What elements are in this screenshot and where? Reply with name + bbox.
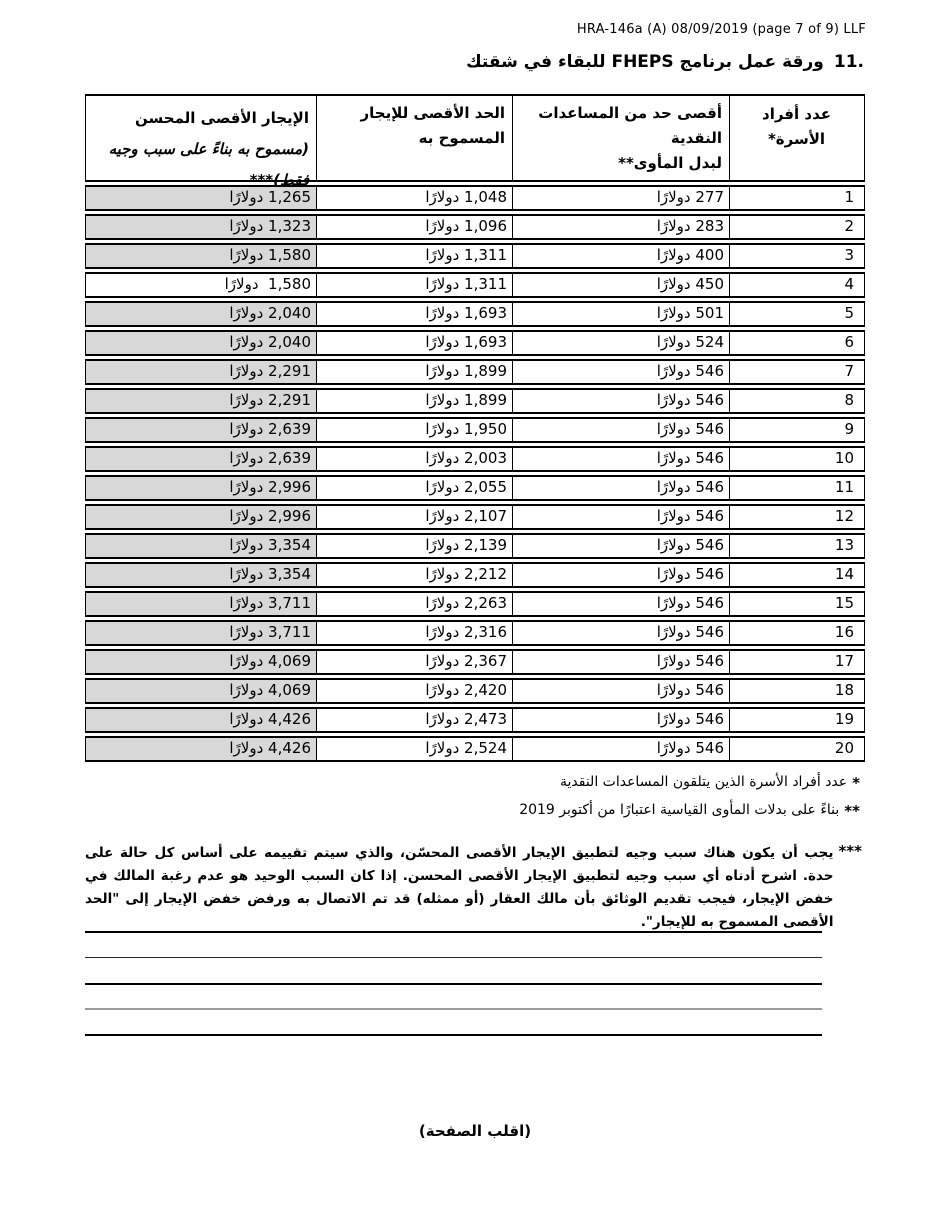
table-body: 1,265 دولارًا 1,048 دولارًا 277 دولارًا … [85,185,865,762]
cell-enhanced-max-rent: 2,639 دولارًا [86,419,316,441]
footnote-text-three: يجب أن يكون هناك سبب وجيه لتطبيق الإيجار… [85,842,833,934]
cell-max-allowed-rent: 2,003 دولارًا [316,448,512,470]
section-title-text: ورقة عمل برنامج FHEPS للبقاء في شقتك [466,52,824,72]
cell-family-size: 1 [729,187,863,209]
cell-family-size: 7 [729,361,863,383]
header-max-rent-line2: المسموح به [321,126,505,151]
cell-max-allowed-rent: 2,524 دولارًا [316,738,512,760]
footnote-text-two: بناءً على بدلات المأوى القياسية اعتبارًا… [519,802,839,820]
cell-cash-assistance: 546 دولارًا [512,361,729,383]
table-row: 3,711 دولارًا 2,263 دولارًا 546 دولارًا … [85,591,865,617]
table-row: 1,323 دولارًا 1,096 دولارًا 283 دولارًا … [85,214,865,240]
cell-enhanced-max-rent: 4,069 دولارًا [86,680,316,702]
cell-max-allowed-rent: 2,107 دولارًا [316,506,512,528]
cell-cash-assistance: 450 دولارًا [512,274,729,296]
cell-family-size: 6 [729,332,863,354]
cell-cash-assistance: 546 دولارًا [512,709,729,731]
table-row: 4,069 دولارًا 2,367 دولارًا 546 دولارًا … [85,649,865,675]
header-enhanced-max-rent: الإيجار الأقصى المحسن (مسموح به بناءً عل… [86,96,316,180]
answer-line[interactable] [85,1034,822,1036]
table-row: 2,291 دولارًا 1,899 دولارًا 546 دولارًا … [85,388,865,414]
cell-enhanced-max-rent: 2,040 دولارًا [86,303,316,325]
cell-enhanced-max-rent: 1,580 دولارًا [86,245,316,267]
cell-cash-assistance: 546 دولارًا [512,564,729,586]
cell-family-size: 13 [729,535,863,557]
cell-cash-assistance: 546 دولارًا [512,390,729,412]
header-cash-assistance: أقصى حد من المساعدات النقدية لبدل المأوى… [512,96,729,180]
cell-family-size: 5 [729,303,863,325]
answer-line[interactable] [85,1008,822,1010]
cell-cash-assistance: 546 دولارًا [512,680,729,702]
table-row: 2,639 دولارًا 2,003 دولارًا 546 دولارًا … [85,446,865,472]
cell-max-allowed-rent: 2,055 دولارًا [316,477,512,499]
cell-family-size: 17 [729,651,863,673]
footnote-text-one: عدد أفراد الأسرة الذين يتلقون المساعدات … [560,774,847,792]
cell-family-size: 15 [729,593,863,615]
cell-enhanced-max-rent: 2,040 دولارًا [86,332,316,354]
header-cash-line2: لبدل المأوى** [517,151,722,176]
footnote-marker-three: *** [838,842,862,934]
cell-family-size: 20 [729,738,863,760]
table-row: 2,996 دولارًا 2,055 دولارًا 546 دولارًا … [85,475,865,501]
cell-family-size: 19 [729,709,863,731]
section-number: 11. [834,52,864,72]
table-row: 4,426 دولارًا 2,473 دولارًا 546 دولارًا … [85,707,865,733]
cell-family-size: 2 [729,216,863,238]
table-row: 2,639 دولارًا 1,950 دولارًا 546 دولارًا … [85,417,865,443]
cell-family-size: 4 [729,274,863,296]
answer-line[interactable] [85,931,822,933]
cell-enhanced-max-rent: 1,580 دولارًا [86,274,316,296]
cell-max-allowed-rent: 1,693 دولارًا [316,303,512,325]
cell-cash-assistance: 546 دولارًا [512,477,729,499]
cell-cash-assistance: 546 دولارًا [512,593,729,615]
document-reference: HRA-146a (A) 08/09/2019 (page 7 of 9) LL… [577,22,866,37]
rent-limits-table: الإيجار الأقصى المحسن (مسموح به بناءً عل… [85,94,865,765]
cell-enhanced-max-rent: 4,069 دولارًا [86,651,316,673]
cell-cash-assistance: 546 دولارًا [512,448,729,470]
cell-enhanced-max-rent: 3,354 دولارًا [86,535,316,557]
cell-enhanced-max-rent: 3,711 دولارًا [86,593,316,615]
header-enhanced-part1: الإيجار الأقصى المحسن [135,109,309,127]
cell-max-allowed-rent: 2,139 دولارًا [316,535,512,557]
cell-max-allowed-rent: 1,311 دولارًا [316,245,512,267]
cell-max-allowed-rent: 1,899 دولارًا [316,390,512,412]
cell-family-size: 16 [729,622,863,644]
header-cash-line1: أقصى حد من المساعدات النقدية [517,101,722,151]
cell-max-allowed-rent: 1,096 دولارًا [316,216,512,238]
header-enhanced-part2: (مسموح به بناءً على سبب وجيه فقط)*** [109,140,309,189]
table-row: 2,291 دولارًا 1,899 دولارًا 546 دولارًا … [85,359,865,385]
table-row: 4,069 دولارًا 2,420 دولارًا 546 دولارًا … [85,678,865,704]
good-cause-answer-area[interactable] [85,931,822,1038]
cell-family-size: 12 [729,506,863,528]
footnote-marker-one: * [852,774,860,792]
table-header-row: الإيجار الأقصى المحسن (مسموح به بناءً عل… [85,94,865,182]
cell-max-allowed-rent: 2,212 دولارًا [316,564,512,586]
table-row: 2,996 دولارًا 2,107 دولارًا 546 دولارًا … [85,504,865,530]
cell-family-size: 9 [729,419,863,441]
cell-cash-assistance: 283 دولارًا [512,216,729,238]
cell-family-size: 14 [729,564,863,586]
cell-enhanced-max-rent: 4,426 دولارًا [86,738,316,760]
answer-line[interactable] [85,957,822,958]
cell-enhanced-max-rent: 4,426 دولارًا [86,709,316,731]
cell-family-size: 8 [729,390,863,412]
footnote-good-cause: *** يجب أن يكون هناك سبب وجيه لتطبيق الإ… [85,842,862,934]
cell-enhanced-max-rent: 1,265 دولارًا [86,187,316,209]
cell-cash-assistance: 546 دولارًا [512,419,729,441]
cell-enhanced-max-rent: 3,354 دولارًا [86,564,316,586]
table-row: 3,354 دولارًا 2,139 دولارًا 546 دولارًا … [85,533,865,559]
header-max-allowed-rent: الحد الأقصى للإيجار المسموح به [316,96,512,180]
header-family-size: عدد أفراد الأسرة* [729,96,863,180]
footnote-family-size: * عدد أفراد الأسرة الذين يتلقون المساعدا… [85,774,860,792]
cell-cash-assistance: 400 دولارًا [512,245,729,267]
footnote-shelter-allowance: ** بناءً على بدلات المأوى القياسية اعتبا… [85,802,860,820]
cell-cash-assistance: 546 دولارًا [512,622,729,644]
cell-max-allowed-rent: 1,311 دولارًا [316,274,512,296]
cell-family-size: 3 [729,245,863,267]
cell-cash-assistance: 546 دولارًا [512,535,729,557]
cell-enhanced-max-rent: 2,639 دولارًا [86,448,316,470]
table-row: 2,040 دولارًا 1,693 دولارًا 501 دولارًا … [85,301,865,327]
table-row: 1,265 دولارًا 1,048 دولارًا 277 دولارًا … [85,185,865,211]
table-row: 4,426 دولارًا 2,524 دولارًا 546 دولارًا … [85,736,865,762]
cell-enhanced-max-rent: 1,323 دولارًا [86,216,316,238]
header-enhanced-part2-prefix: (مسموح به بناءً على سبب وجيه [109,140,309,158]
document-page: { "page": { "doc_ref": "HRA-146a (A) 08/… [0,0,950,1230]
cell-enhanced-max-rent: 2,996 دولارًا [86,506,316,528]
table-row: 1,580 دولارًا 1,311 دولارًا 450 دولارًا … [85,272,865,298]
section-title: 11. ورقة عمل برنامج FHEPS للبقاء في شقتك [466,52,864,72]
cell-cash-assistance: 546 دولارًا [512,738,729,760]
cell-cash-assistance: 277 دولارًا [512,187,729,209]
cell-enhanced-max-rent: 3,711 دولارًا [86,622,316,644]
cell-max-allowed-rent: 2,473 دولارًا [316,709,512,731]
table-row: 2,040 دولارًا 1,693 دولارًا 524 دولارًا … [85,330,865,356]
cell-enhanced-max-rent: 2,996 دولارًا [86,477,316,499]
cell-max-allowed-rent: 2,420 دولارًا [316,680,512,702]
cell-family-size: 11 [729,477,863,499]
cell-max-allowed-rent: 1,899 دولارًا [316,361,512,383]
cell-family-size: 10 [729,448,863,470]
answer-line[interactable] [85,983,822,985]
cell-cash-assistance: 524 دولارًا [512,332,729,354]
cell-max-allowed-rent: 2,263 دولارًا [316,593,512,615]
cell-enhanced-max-rent: 2,291 دولارًا [86,361,316,383]
cell-max-allowed-rent: 1,048 دولارًا [316,187,512,209]
cell-max-allowed-rent: 2,367 دولارًا [316,651,512,673]
cell-family-size: 18 [729,680,863,702]
cell-cash-assistance: 501 دولارًا [512,303,729,325]
cell-enhanced-max-rent: 2,291 دولارًا [86,390,316,412]
footnote-marker-two: ** [844,802,860,820]
header-max-rent-line1: الحد الأقصى للإيجار [321,101,505,126]
cell-max-allowed-rent: 1,950 دولارًا [316,419,512,441]
cell-max-allowed-rent: 1,693 دولارًا [316,332,512,354]
table-row: 3,354 دولارًا 2,212 دولارًا 546 دولارًا … [85,562,865,588]
table-row: 1,580 دولارًا 1,311 دولارًا 400 دولارًا … [85,243,865,269]
page-turn-note: (اقلب الصفحة) [0,1122,950,1140]
cell-max-allowed-rent: 2,316 دولارًا [316,622,512,644]
cell-cash-assistance: 546 دولارًا [512,651,729,673]
table-row: 3,711 دولارًا 2,316 دولارًا 546 دولارًا … [85,620,865,646]
cell-cash-assistance: 546 دولارًا [512,506,729,528]
